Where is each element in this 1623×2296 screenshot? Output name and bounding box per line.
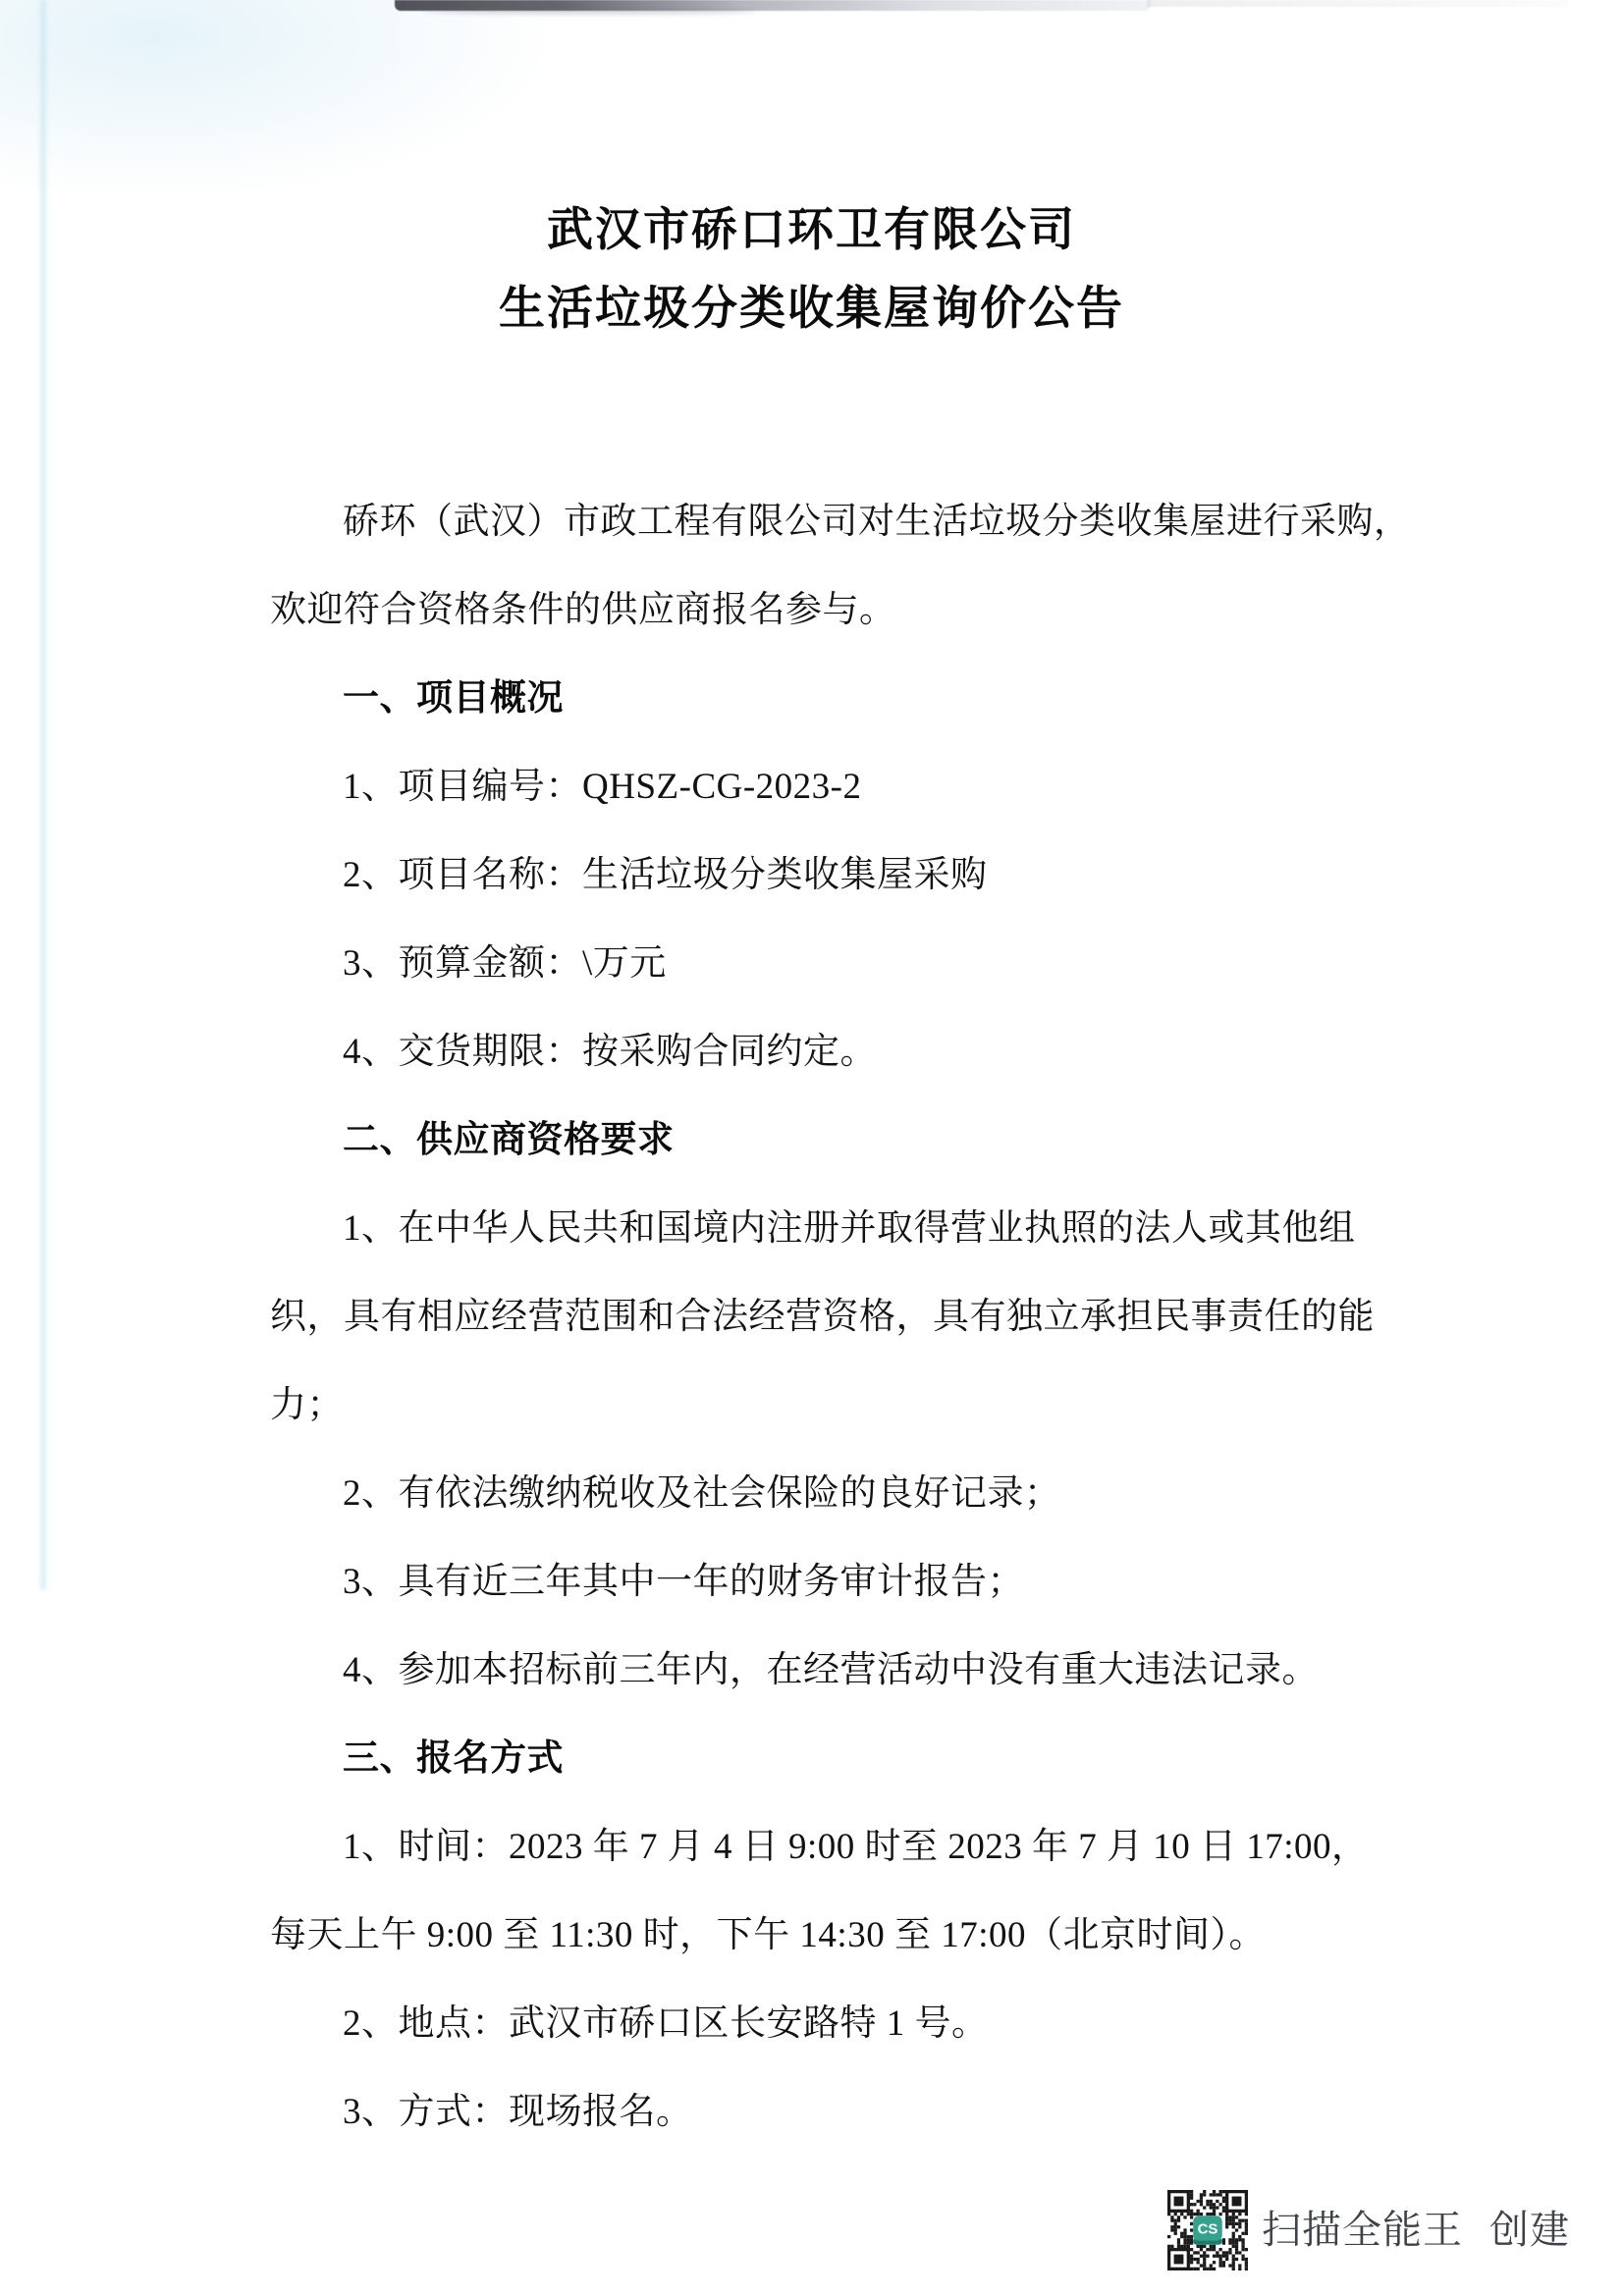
section-2-item-1-line: 织，具有相应经营范围和合法经营资格，具有独立承担民事责任的能 — [270, 1273, 1380, 1362]
section-2-item-1-line: 力； — [270, 1362, 1380, 1450]
section-2-item-3: 3、具有近三年其中一年的财务审计报告； — [270, 1538, 1380, 1627]
section-3-item-1-line: 每天上午 9:00 至 11:30 时，下午 14:30 至 17:00（北京时… — [270, 1892, 1380, 1980]
intro-line: 硚环（武汉）市政工程有限公司对生活垃圾分类收集屋进行采购， — [270, 478, 1380, 566]
intro-line: 欢迎符合资格条件的供应商报名参与。 — [270, 566, 1380, 655]
section-2-heading: 二、供应商资格要求 — [270, 1096, 1380, 1185]
watermark-text: 扫描全能王 创建 — [1262, 2211, 1570, 2250]
section-3-heading: 三、报名方式 — [270, 1715, 1380, 1803]
section-3-item-3: 3、方式：现场报名。 — [270, 2068, 1380, 2157]
document-title-line-2: 生活垃圾分类收集屋询价公告 — [0, 278, 1623, 341]
section-1-heading: 一、项目概况 — [270, 655, 1380, 743]
section-2-item-4: 4、参加本招标前三年内，在经营活动中没有重大违法记录。 — [270, 1627, 1380, 1715]
document-body: 硚环（武汉）市政工程有限公司对生活垃圾分类收集屋进行采购， 欢迎符合资格条件的供… — [270, 478, 1380, 2157]
camscanner-watermark: CS 扫描全能王 创建 — [1167, 2190, 1570, 2270]
section-3-item-2: 2、地点：武汉市硚口区长安路特 1 号。 — [270, 1980, 1380, 2068]
document-title-block: 武汉市硚口环卫有限公司 生活垃圾分类收集屋询价公告 — [0, 0, 1623, 341]
section-1-item-2: 2、项目名称：生活垃圾分类收集屋采购 — [270, 831, 1380, 920]
section-1-item-4: 4、交货期限：按采购合同约定。 — [270, 1008, 1380, 1096]
qr-code-icon: CS — [1167, 2190, 1248, 2270]
section-2-item-1-line: 1、在中华人民共和国境内注册并取得营业执照的法人或其他组 — [270, 1185, 1380, 1273]
section-3-item-1-line: 1、时间：2023 年 7 月 4 日 9:00 时至 2023 年 7 月 1… — [270, 1803, 1380, 1892]
section-1-item-3: 3、预算金额：\万元 — [270, 920, 1380, 1008]
section-1-item-1: 1、项目编号：QHSZ-CG-2023-2 — [270, 743, 1380, 831]
section-2-item-2: 2、有依法缴纳税收及社会保险的良好记录； — [270, 1450, 1380, 1538]
scanned-document-page: 武汉市硚口环卫有限公司 生活垃圾分类收集屋询价公告 硚环（武汉）市政工程有限公司… — [0, 0, 1623, 2296]
document-title-line-1: 武汉市硚口环卫有限公司 — [0, 199, 1623, 262]
svg-text:CS: CS — [1198, 2221, 1218, 2238]
